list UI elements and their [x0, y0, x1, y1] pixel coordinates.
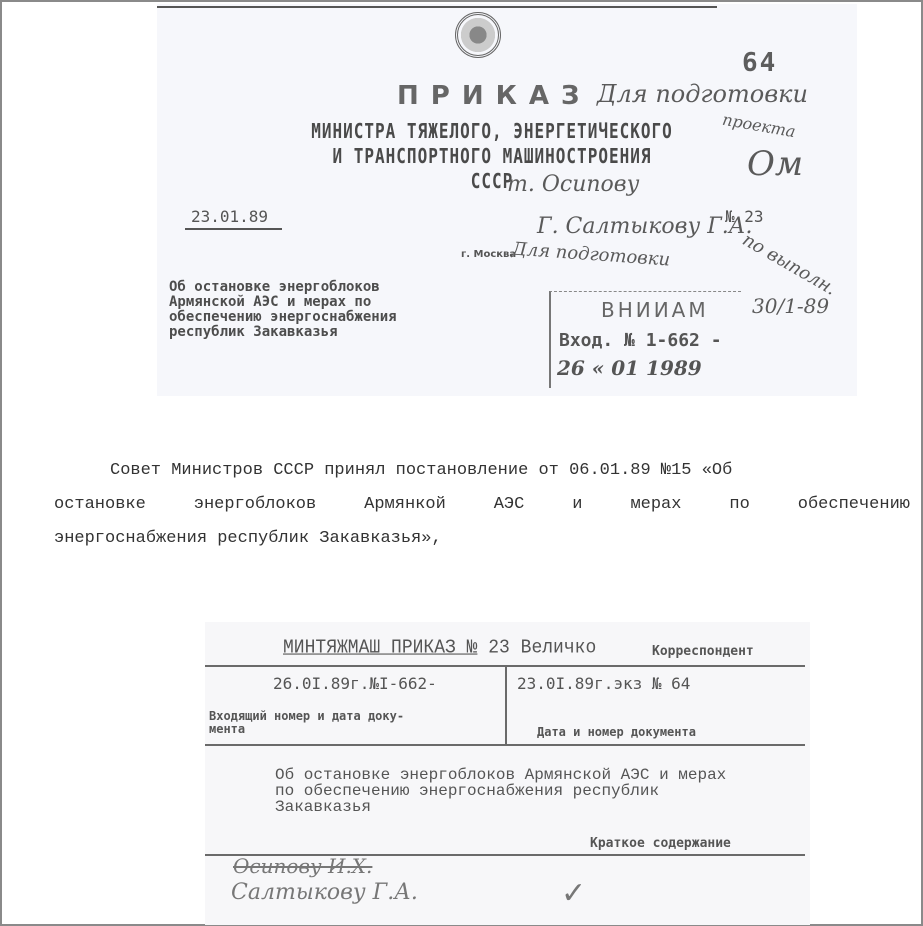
document-number-value: 23.0I.89г.экз № 64 — [517, 674, 690, 693]
handwritten-note: по выполн. — [739, 229, 840, 300]
order-title: ПРИКАЗ — [397, 81, 591, 111]
order-place: г. Москва — [461, 249, 516, 260]
summary-line: по обеспечению энергоснабжения республик — [275, 783, 726, 799]
body-paragraph: Совет Министров СССР принял постановлени… — [54, 454, 910, 556]
page-frame: 64 ПРИКАЗ МИНИСТРА ТЯЖЕЛОГО, ЭНЕРГЕТИЧЕС… — [0, 0, 923, 926]
card-header-rest: 23 Величко — [477, 637, 596, 659]
paragraph-line: Совет Министров СССР принял постановлени… — [54, 454, 910, 488]
ussr-emblem-icon — [455, 12, 501, 58]
subject-line: республик Закавказья — [169, 325, 397, 340]
card-summary: Об остановке энергоблоков Армянской АЭС … — [275, 767, 726, 815]
issuer-line: МИНИСТРА ТЯЖЕЛОГО, ЭНЕРГЕТИЧЕСКОГО — [257, 119, 727, 144]
checkmark-icon: ✓ — [561, 876, 586, 911]
correspondent-label: Корреспондент — [652, 644, 754, 659]
incoming-stamp: ВНИИАМ Вход. № 1-662 - 26 « 01 1989 — [549, 291, 741, 388]
subject-line: обеспечению энергоснабжения — [169, 310, 397, 325]
paragraph-line: энергоснабжения республик Закавказья», — [54, 522, 910, 556]
issuer-heading: МИНИСТРА ТЯЖЕЛОГО, ЭНЕРГЕТИЧЕСКОГО И ТРА… — [257, 119, 727, 194]
subject-line: Армянской АЭС и мерах по — [169, 295, 397, 310]
handwritten-signature: Ом — [747, 144, 803, 184]
handwritten-note: Для подготовки — [511, 239, 670, 271]
card-divider — [505, 666, 507, 744]
top-rule — [157, 6, 717, 8]
summary-label: Краткое содержание — [590, 836, 731, 851]
summary-line: Об остановке энергоблоков Армянской АЭС … — [275, 767, 726, 783]
incoming-number-label: Входящий номер и дата доку- мента — [209, 710, 404, 736]
paragraph-line: остановке энергоблоков Армянкой АЭС и ме… — [54, 488, 910, 522]
handwritten-addressee: т. Осипову — [507, 172, 639, 197]
issuer-line: И ТРАНСПОРТНОГО МАШИНОСТРОЕНИЯ — [257, 144, 727, 169]
card-rule — [205, 744, 805, 746]
label-line: мента — [209, 723, 404, 736]
handwritten-date: 30/1-89 — [752, 294, 829, 318]
copy-number: 64 — [742, 48, 777, 78]
document-number-label: Дата и номер документа — [537, 726, 696, 739]
order-scan-image: 64 ПРИКАЗ МИНИСТРА ТЯЖЕЛОГО, ЭНЕРГЕТИЧЕС… — [157, 4, 857, 396]
issuer-line: СССР — [257, 169, 727, 194]
registration-card-image: МИНТЯЖМАШ ПРИКАЗ № 23 Величко Корреспонд… — [205, 622, 810, 925]
summary-line: Закавказья — [275, 799, 726, 815]
stamp-incoming-number: Вход. № 1-662 - — [559, 330, 722, 351]
handwritten-addressee: Салтыкову Г.А. — [231, 880, 418, 905]
order-date: 23.01.89 — [185, 207, 282, 230]
stamp-org: ВНИИАМ — [601, 298, 709, 322]
handwritten-addressee: Г. Салтыкову Г.А. — [537, 214, 752, 239]
subject-line: Об остановке энергоблоков — [169, 280, 397, 295]
stamp-date: 26 « 01 1989 — [557, 356, 702, 380]
order-subject: Об остановке энергоблоков Армянской АЭС … — [169, 280, 397, 340]
handwritten-resolution: Для подготовки — [597, 80, 808, 108]
card-header: МИНТЯЖМАШ ПРИКАЗ № 23 Величко — [283, 637, 596, 659]
card-header-underlined: МИНТЯЖМАШ ПРИКАЗ № — [283, 637, 477, 659]
handwritten-addressee: Осипову И.Х. — [233, 854, 372, 878]
incoming-number-value: 26.0I.89г.№I-662- — [273, 674, 437, 693]
handwritten-resolution: проекта — [721, 110, 797, 142]
